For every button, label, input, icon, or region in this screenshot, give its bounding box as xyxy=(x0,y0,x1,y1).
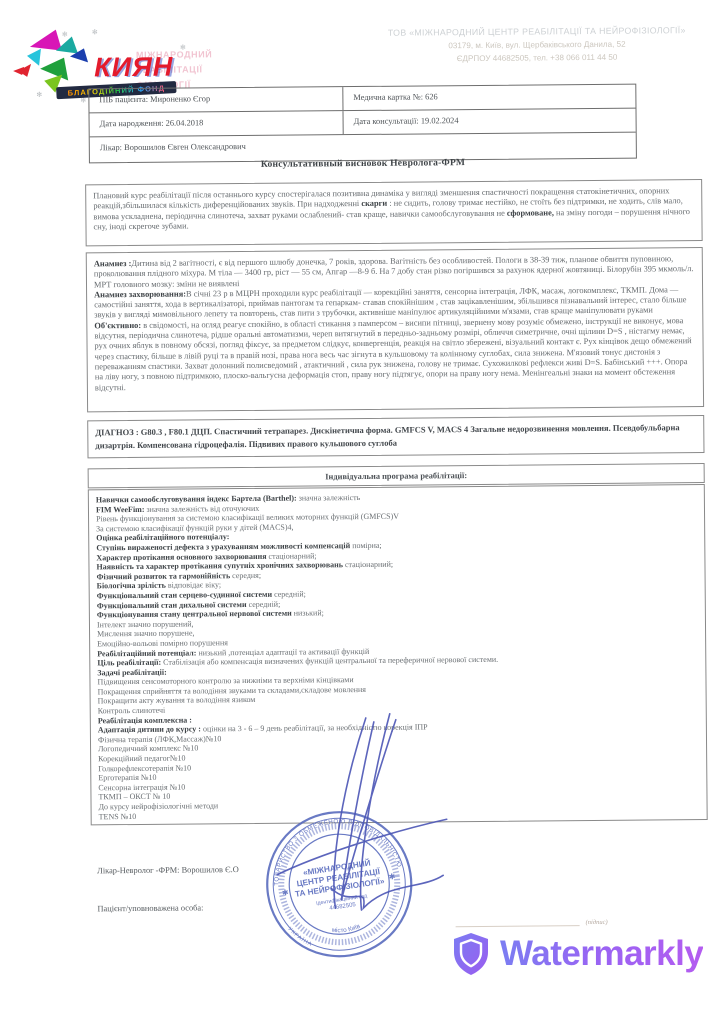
summary-box: Плановий курс реабілітації після останнь… xyxy=(85,179,703,246)
sparkle-icon: ✻ xyxy=(180,44,186,52)
doctor-signature-line: Лікар-Невролог -ФРМ: Ворошилов Є.О xyxy=(97,865,239,875)
sparkle-icon: ✻ xyxy=(92,28,98,36)
watermark-text: Watermarkly xyxy=(500,934,703,974)
birth-date-cell: Дата народження: 26.04.2018 xyxy=(90,111,344,136)
diagnosis-box: ДІАГНОЗ : G80.3 , F80.1 ДЦП. Спастичний … xyxy=(87,415,704,458)
anamnesis-box: Анамнез :Дитина від 2 вагітності, є від … xyxy=(86,247,704,412)
sparkle-icon: ✻ xyxy=(62,31,68,39)
company-contacts: ЄДРПОУ 44682505, тел. +38 066 011 44 50 xyxy=(356,52,718,64)
brand-text: КИЯН xyxy=(94,52,173,84)
signature-rule xyxy=(456,925,580,927)
patient-table: ПІБ пацієнта: Мироненко Єгор Медична кар… xyxy=(88,84,637,164)
signature-hint: (підпис) xyxy=(586,919,608,926)
patient-name-cell: ПІБ пацієнта: Мироненко Єгор xyxy=(89,87,343,112)
document-scan: МІЖНАРОДНИЙ РЕАБІЛІТАЦІЇ ФІЗІОЛОГІЇ ✻ ✻ … xyxy=(0,0,724,1024)
scanned-document-page: МІЖНАРОДНИЙ РЕАБІЛІТАЦІЇ ФІЗІОЛОГІЇ ✻ ✻ … xyxy=(0,0,724,1024)
doctor-signature xyxy=(270,711,452,918)
patient-signature-line: Пацієнт/уповноважена особа: xyxy=(97,903,203,913)
company-name: ТОВ «МІЖНАРОДНИЙ ЦЕНТР РЕАБІЛІТАЦІЇ ТА Н… xyxy=(356,25,718,38)
watermark: Watermarkly xyxy=(452,932,703,976)
company-header: ТОВ «МІЖНАРОДНИЙ ЦЕНТР РЕАБІЛІТАЦІЇ ТА Н… xyxy=(356,25,718,64)
company-address: 03179, м. Київ, вул. Щербаківського Дани… xyxy=(356,39,718,51)
sparkle-icon: ✻ xyxy=(36,91,42,99)
shield-icon xyxy=(452,932,490,976)
consult-date-cell: Дата консультації: 19.02.2024 xyxy=(344,109,636,135)
objective-paragraph: Об'єктивно: в свідомості, на огляд реагу… xyxy=(94,316,696,393)
medical-card-cell: Медична картка №: 626 xyxy=(343,85,635,111)
